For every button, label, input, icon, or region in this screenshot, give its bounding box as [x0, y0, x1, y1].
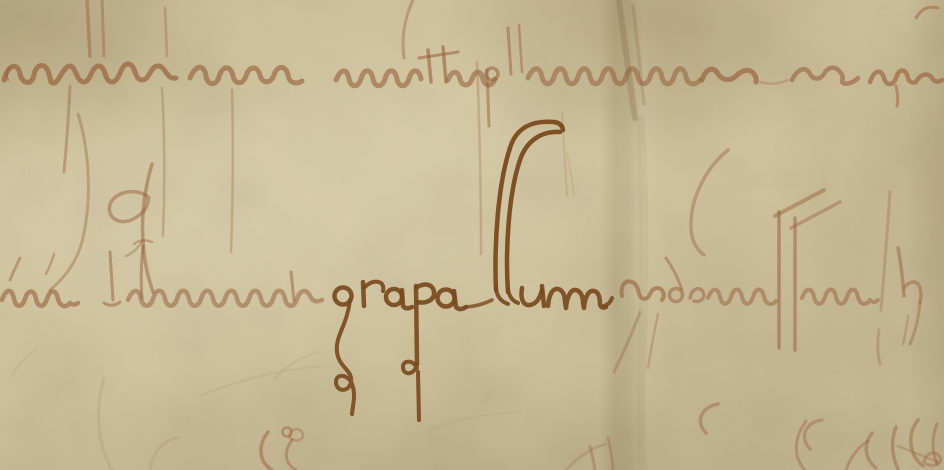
crease-shadow — [641, 120, 644, 470]
word — [528, 69, 700, 84]
p-tail — [418, 372, 419, 420]
p-descender — [487, 70, 489, 126]
y-descender — [896, 86, 898, 106]
long-s — [141, 246, 143, 298]
manuscript-photo: Close-up photograph of a faded medieval … — [0, 0, 944, 470]
ink-layer — [0, 0, 944, 470]
p-stem — [416, 286, 417, 364]
u-stem — [542, 286, 544, 306]
ascender — [102, 0, 104, 56]
